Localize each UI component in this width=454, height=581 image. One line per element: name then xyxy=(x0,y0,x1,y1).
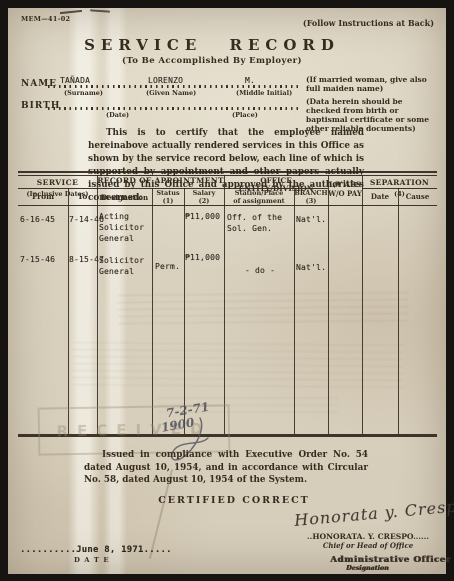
row2-status: Perm. xyxy=(155,262,180,271)
col-header-designation: Designation xyxy=(97,194,152,202)
row2-designation: Solicitor General xyxy=(99,255,144,277)
certification-date: ..........June 8, 1971..... xyxy=(20,545,172,555)
birth-dotted-line xyxy=(48,107,301,110)
pen-mark xyxy=(90,9,110,12)
col-header-status: Status (1) xyxy=(152,190,184,205)
page-subtitle: (To Be Accomplished By Employer) xyxy=(8,56,416,66)
page-title: SERVICE RECORD xyxy=(8,36,416,54)
col-header-to: To xyxy=(68,193,97,201)
row2-branch: Nat'l. xyxy=(296,263,326,272)
row1-station: Off. of the Sol. Gen. xyxy=(227,212,282,234)
row1-designation: Acting Solicitor General xyxy=(99,211,144,244)
issued-paragraph: Issued in compliance with Executive Orde… xyxy=(84,449,368,487)
name-surname-value: TAÑADA xyxy=(60,76,90,85)
birth-place-sublabel: (Place) xyxy=(232,111,258,119)
row2-from: 7-15-46 xyxy=(20,255,55,264)
form-number: MEM—41-02 xyxy=(21,15,70,23)
surname-sublabel: (Surname) xyxy=(64,89,103,97)
middle-initial-sublabel: (Middle Initial) xyxy=(236,89,292,97)
name-given-value: LORENZO xyxy=(148,76,183,85)
row1-branch: Nat'l. xyxy=(296,215,326,224)
bleed-through-smudge xyxy=(118,287,408,324)
col-header-station: Station/Place of assignment xyxy=(224,190,294,205)
col-header-from: From xyxy=(18,193,68,201)
follow-instructions-note: (Follow Instructions at Back) xyxy=(303,18,434,28)
col-header-sep-date: Date xyxy=(362,193,398,201)
col-header-salary: Salary (2) xyxy=(184,190,224,205)
married-woman-note: (If married woman, give also full maiden… xyxy=(306,75,436,93)
col-header-sep-cause: Cause xyxy=(398,193,437,201)
col-group-appointment: RECORD OF APPOINTMENT xyxy=(97,177,224,185)
name-middle-value: M. xyxy=(245,76,255,85)
service-record-table: SERVICE (Inclusive Dates) RECORD OF APPO… xyxy=(18,171,437,437)
signature-typed-name: ..HONORATA. Y. CRESPO...... xyxy=(292,532,444,541)
row1-from: 6-16-45 xyxy=(20,215,55,224)
bleed-through-smudge xyxy=(73,338,403,389)
signature-designation-value: Administrative Officer xyxy=(330,555,442,565)
date-label: D A T E xyxy=(74,556,110,564)
given-name-sublabel: (Given Name) xyxy=(146,89,196,97)
row1-salary: ₱11,000 xyxy=(185,212,220,221)
signature-designation-label: Designation xyxy=(346,565,426,572)
col-header-lv-abs: L/V ABS W/O PAY xyxy=(327,180,363,198)
signature-title: Chief or Head of Office xyxy=(292,541,444,550)
pen-mark xyxy=(60,10,82,14)
name-dotted-line xyxy=(48,85,301,88)
row2-salary: ₱11,000 xyxy=(185,253,220,262)
col-header-branch: BRANCH (3) xyxy=(294,190,328,205)
document-page: MEM—41-02 (Follow Instructions at Back) … xyxy=(8,8,446,574)
row2-station: - do - xyxy=(245,266,275,275)
birth-date-sublabel: (Date) xyxy=(106,111,129,119)
